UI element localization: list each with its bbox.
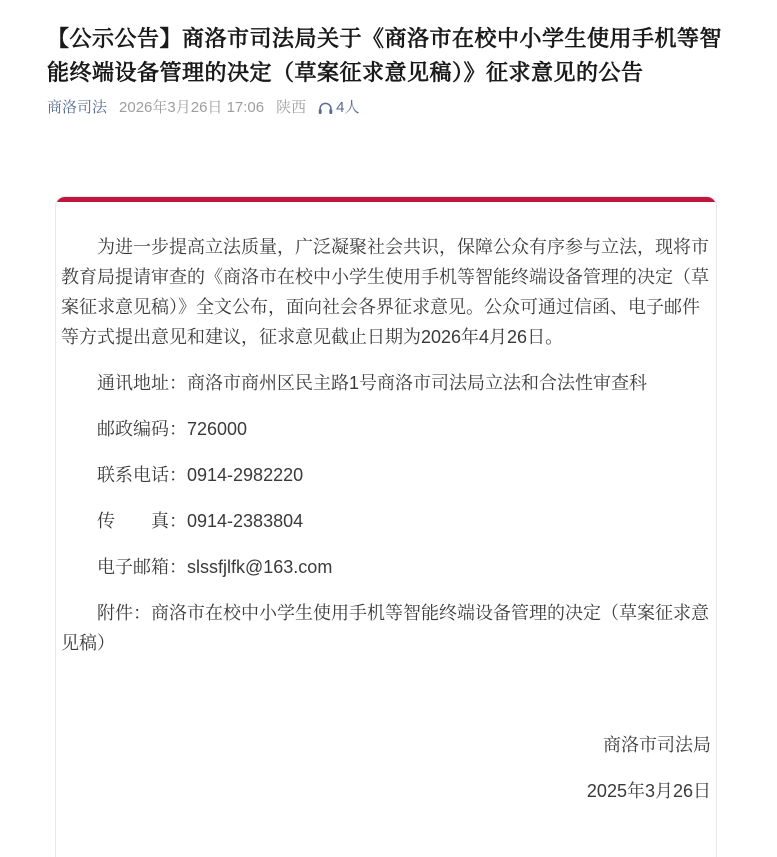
signer-name: 商洛市司法局 bbox=[61, 730, 711, 760]
contact-phone: 联系电话：0914-2982220 bbox=[61, 460, 711, 490]
contact-address: 通讯地址：商洛市商州区民主路1号商洛市司法局立法和合法性审查科 bbox=[61, 368, 711, 398]
article-meta: 商洛司法 2026年3月26日 17:06 陕西 4人 bbox=[47, 99, 777, 116]
sign-date: 2025年3月26日 bbox=[61, 776, 711, 806]
contact-email: 电子邮箱：slssfjlfk@163.com bbox=[61, 552, 711, 582]
listen-count-label: 4人 bbox=[336, 99, 359, 116]
announcement-body: 为进一步提高立法质量，广泛凝聚社会共识，保障公众有序参与立法，现将市教育局提请审… bbox=[56, 202, 716, 806]
attachment-line: 附件：商洛市在校中小学生使用手机等智能终端设备管理的决定（草案征求意见稿） bbox=[61, 598, 711, 658]
article-page: 【公示公告】商洛市司法局关于《商洛市在校中小学生使用手机等智能终端设备管理的决定… bbox=[47, 22, 777, 857]
contact-fax: 传 真：0914-2383804 bbox=[61, 506, 711, 536]
account-name-link[interactable]: 商洛司法 bbox=[47, 99, 107, 116]
page-title: 【公示公告】商洛市司法局关于《商洛市在校中小学生使用手机等智能终端设备管理的决定… bbox=[47, 22, 739, 90]
publish-location: 陕西 bbox=[276, 99, 306, 116]
listen-count-button[interactable]: 4人 bbox=[318, 99, 359, 116]
intro-paragraph: 为进一步提高立法质量，广泛凝聚社会共识，保障公众有序参与立法，现将市教育局提请审… bbox=[61, 232, 711, 352]
contact-postcode: 邮政编码：726000 bbox=[61, 414, 711, 444]
publish-time: 2026年3月26日 17:06 bbox=[119, 99, 264, 116]
announcement-card: 为进一步提高立法质量，广泛凝聚社会共识，保障公众有序参与立法，现将市教育局提请审… bbox=[55, 196, 717, 857]
headphones-icon bbox=[318, 101, 333, 115]
spacer bbox=[61, 674, 711, 714]
